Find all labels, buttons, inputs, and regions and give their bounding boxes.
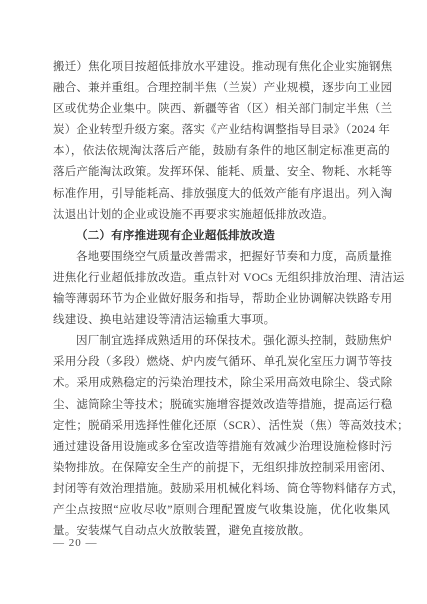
text-line: 区或优势企业集中。陕西、新疆等省（区）相关部门制定半焦（兰 <box>53 99 390 120</box>
text-line: 线建设、换电站建设等清洁运输重大事项。 <box>53 310 390 331</box>
text-line: 炭）企业转型升级方案。落实《产业结构调整指导目录》（2024 年 <box>53 120 390 141</box>
text-line: 输等薄弱环节为企业做好服务和指导，帮助企业协调解决铁路专用 <box>53 289 390 310</box>
text-line: 采用分段（多段）燃烧、炉内废气循环、单孔炭化室压力调节等技 <box>53 352 390 373</box>
text-line: 产尘点按照“应收尽收”原则合理配置废气收集设施，优化收集风 <box>53 500 390 521</box>
document-page: 搬迁）焦化项目按超低排放水平建设。推动现有焦化企业实施钢焦融合、兼并重组。合理控… <box>0 0 427 604</box>
text-line: 汰退出计划的企业或设施不再要求实施超低排放改造。 <box>53 205 390 226</box>
text-line: 搬迁）焦化项目按超低排放水平建设。推动现有焦化企业实施钢焦 <box>53 57 390 78</box>
text-line: 通过建设备用设施或多仓室改造等措施有效减少治理设施检修时污 <box>53 437 390 458</box>
text-line: 融合、兼并重组。合理控制半焦（兰炭）产业规模，逐步向工业园 <box>53 78 390 99</box>
text-line: 因厂制宜选择成熟适用的环保技术。强化源头控制，鼓励焦炉 <box>53 331 390 352</box>
text-line: 尘、滤筒除尘等技术；脱硫实施增容提效改造等措施，提高运行稳 <box>53 395 390 416</box>
text-line: 标准作用，引导能耗高、排放强度大的低效产能有序退出。列入淘 <box>53 184 390 205</box>
text-line: 染物排放。在保障安全生产的前提下，无组织排放控制采用密闭、 <box>53 458 390 479</box>
text-line: 进焦化行业超低排放改造。重点针对 VOCs 无组织排放治理、清洁运 <box>53 268 390 289</box>
text-line: 定性；脱硝采用选择性催化还原（SCR）、活性炭（焦）等高效技术； <box>53 416 390 437</box>
text-block: 搬迁）焦化项目按超低排放水平建设。推动现有焦化企业实施钢焦融合、兼并重组。合理控… <box>53 57 390 542</box>
text-line: 本），依法依规淘汰落后产能，鼓励有条件的地区制定标准更高的 <box>53 141 390 162</box>
text-line: 各地要围绕空气质量改善需求，把握好节奏和力度，高质量推 <box>53 247 390 268</box>
text-line: 量。安装煤气自动点火放散装置，避免直接放散。 <box>53 521 390 542</box>
page-number: — 20 — <box>53 536 98 550</box>
text-line: 落后产能淘汰政策。发挥环保、能耗、质量、安全、物耗、水耗等 <box>53 162 390 183</box>
text-line: 封闭等有效治理措施。鼓励采用机械化料场、筒仓等物料储存方式， <box>53 479 390 500</box>
text-line: 术。采用成熟稳定的污染治理技术，除尘采用高效电除尘、袋式除 <box>53 373 390 394</box>
section-heading: （二）有序推进现有企业超低排放改造 <box>53 226 390 247</box>
